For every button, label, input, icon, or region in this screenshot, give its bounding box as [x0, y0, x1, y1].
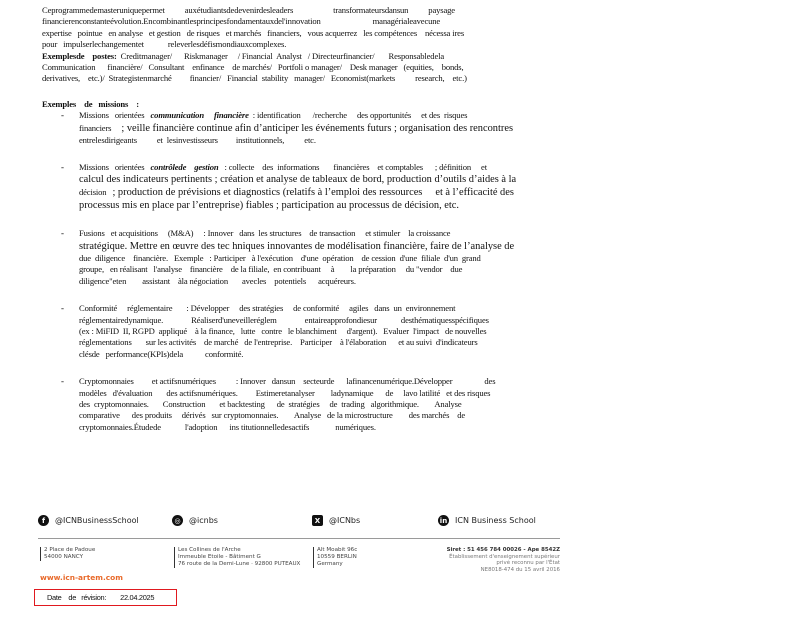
mission-text: entrelesdirigeants et lesinvestisseurs i…	[79, 135, 564, 146]
mission-text: stratégique. Mettre en œuvre des tec hni…	[79, 240, 564, 253]
mission-text: financiers	[79, 123, 121, 133]
missions-heading: Exemples de missions :	[42, 99, 564, 110]
mission-item: - Cryptomonnaies et actifsnumériques : I…	[42, 376, 564, 433]
address-line: 10559 BERLIN	[317, 554, 357, 561]
revision-label: Date de révision:	[47, 593, 106, 602]
facebook-icon: f	[38, 515, 49, 526]
mission-emphasis: contrôlede gestion	[151, 162, 219, 172]
intro-line: pour impulserlechangementet releverlesdé…	[42, 39, 564, 50]
website-link[interactable]: www.icn-artem.com	[40, 573, 123, 582]
list-dash: -	[61, 228, 64, 239]
revision-date-box: Date de révision: 22.04.2025	[34, 589, 177, 606]
legal-info: Siret : 51 456 784 00026 - Ape 8542Z Éta…	[447, 547, 560, 573]
social-handle[interactable]: @ICNBusinessSchool	[55, 516, 139, 525]
list-dash: -	[61, 110, 64, 121]
mission-text: des cryptomonnaies. Construction et back…	[79, 399, 564, 410]
mission-text: : collecte des informations financières …	[219, 162, 487, 172]
mission-text: diligence"eten assistant àla négociation…	[79, 276, 564, 287]
postes-label: Exemplesde postes:	[42, 51, 117, 61]
mission-text: groupe, en réalisant l'analyse financièr…	[79, 264, 564, 275]
mission-text: due diligence financière. Exemple : Part…	[79, 253, 564, 264]
linkedin-icon: in	[438, 515, 449, 526]
mission-text: cryptomonnaies.Étudede l'adoption ins ti…	[79, 422, 564, 433]
postes-line: Communication financière/ Consultant enf…	[42, 62, 564, 73]
footer-divider	[38, 538, 560, 539]
mission-text: : identification /recherche des opportun…	[249, 110, 468, 120]
legal-line: NE8018-474 du 15 avril 2016	[447, 567, 560, 574]
mission-lead: Missions orientées	[79, 110, 151, 120]
postes-text: Creditmanager/ Riskmanager / Financial A…	[117, 51, 444, 61]
list-dash: -	[61, 376, 64, 387]
social-facebook[interactable]: f @ICNBusinessSchool	[38, 515, 139, 526]
list-dash: -	[61, 303, 64, 314]
social-handle[interactable]: @ICNbs	[329, 516, 360, 525]
mission-text: comparative des produits dérivés sur cry…	[79, 410, 564, 421]
legal-line: privé reconnu par l'État	[447, 560, 560, 567]
mission-text: réglementairedynamique. Réaliserd'unevei…	[79, 315, 564, 326]
document-page: Ceprogrammedemasteruniquepermet auxétudi…	[42, 5, 564, 449]
mission-text: ; veille financière continue afin d’anti…	[121, 123, 513, 134]
intro-line: Ceprogrammedemasteruniquepermet auxétudi…	[42, 5, 564, 16]
address-line: 76 route de la Demi-Lune · 92800 PUTEAUX	[178, 561, 300, 568]
address-paris: Les Collines de l'Arche Immeuble Etoile …	[174, 547, 300, 568]
intro-line: financierenconstanteévolution.Encombinan…	[42, 16, 564, 27]
social-instagram[interactable]: ◎ @icnbs	[172, 515, 218, 526]
intro-line: expertise pointue en analyse et gestion …	[42, 28, 564, 39]
address-line: Immeuble Etoile - Bâtiment G	[178, 554, 300, 561]
mission-item: - Conformité réglementaire : Développer …	[42, 303, 564, 360]
postes-line: derivatives, etc.)/ Strategistenmarché f…	[42, 73, 564, 84]
list-dash: -	[61, 162, 64, 173]
mission-text: processus mis en place par l’entreprise)…	[79, 199, 564, 212]
address-line: 2 Place de Padoue	[44, 547, 95, 554]
mission-text: modèles d'évaluation des actifsnumérique…	[79, 388, 564, 399]
mission-text: Fusions et acquisitions (M&A) : Innover …	[79, 228, 564, 239]
social-handle[interactable]: ICN Business School	[455, 516, 536, 525]
postes-line: Exemplesde postes: Creditmanager/ Riskma…	[42, 51, 564, 62]
mission-text: Cryptomonnaies et actifsnumériques : Inn…	[79, 376, 564, 387]
address-line: Les Collines de l'Arche	[178, 547, 300, 554]
mission-item: - Fusions et acquisitions (M&A) : Innove…	[42, 228, 564, 287]
instagram-icon: ◎	[172, 515, 183, 526]
revision-date: 22.04.2025	[120, 593, 154, 602]
social-links: f @ICNBusinessSchool ◎ @icnbs X @ICNbs i…	[38, 515, 558, 531]
address-berlin: Alt Moabit 96c 10559 BERLIN Germany	[313, 547, 357, 568]
address-line: 54000 NANCY	[44, 554, 95, 561]
mission-text: ; production de prévisions et diagnostic…	[112, 187, 513, 198]
mission-lead: Missions orientées	[79, 162, 151, 172]
mission-text: (ex : MiFID II, RGPD appliqué à la finan…	[79, 326, 564, 337]
mission-text: décision	[79, 187, 112, 197]
x-twitter-icon: X	[312, 515, 323, 526]
social-handle[interactable]: @icnbs	[189, 516, 218, 525]
address-nancy: 2 Place de Padoue 54000 NANCY	[40, 547, 95, 561]
mission-text: clésde performance(KPIs)dela conformité.	[79, 349, 564, 360]
mission-item: - Missions orientées communication finan…	[42, 110, 564, 146]
mission-text: calcul des indicateurs pertinents ; créa…	[79, 173, 564, 186]
mission-item: - Missions orientées contrôlede gestion …	[42, 162, 564, 212]
mission-text: réglementations sur les activités de mar…	[79, 337, 564, 348]
address-line: Germany	[317, 561, 357, 568]
address-line: Alt Moabit 96c	[317, 547, 357, 554]
mission-emphasis: communication financière	[151, 110, 249, 120]
social-x[interactable]: X @ICNbs	[312, 515, 360, 526]
legal-siret: Siret : 51 456 784 00026 - Ape 8542Z	[447, 547, 560, 554]
social-linkedin[interactable]: in ICN Business School	[438, 515, 536, 526]
mission-text: Conformité réglementaire : Développer de…	[79, 303, 564, 314]
